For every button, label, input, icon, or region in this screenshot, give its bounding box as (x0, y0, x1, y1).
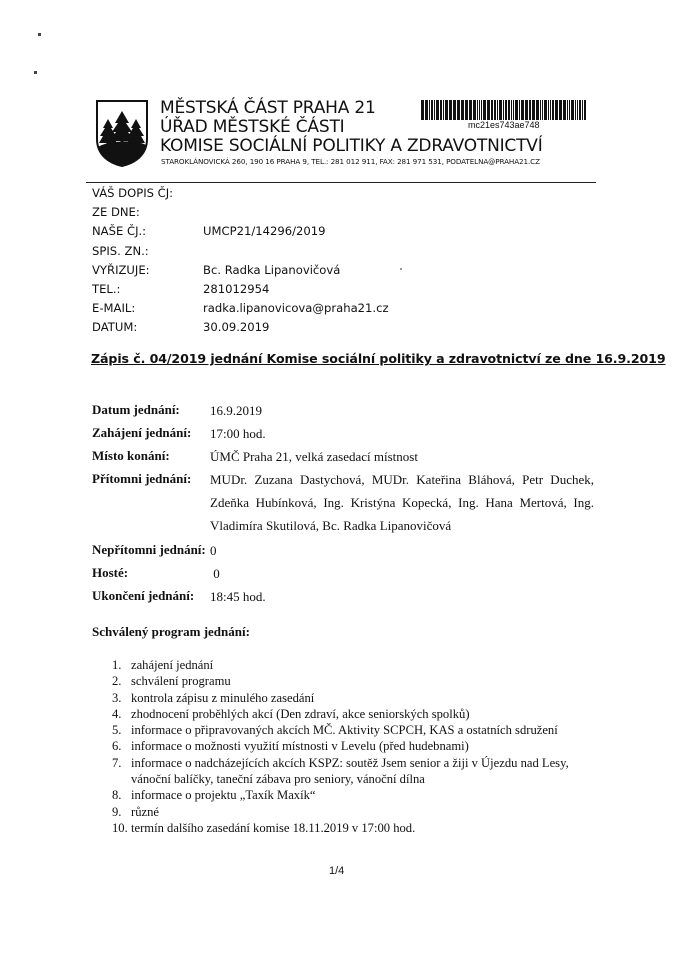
info-label: Zahájení jednání: (92, 422, 210, 445)
meta-value: 30.09.2019 (203, 320, 269, 339)
meta-label: SPIS. ZN.: (92, 244, 203, 263)
program-item-text: zhodnocení proběhlých akcí (Den zdraví, … (131, 706, 592, 722)
info-value: 0 (210, 539, 594, 562)
program-item: 10.termín dalšího zasedání komise 18.11.… (112, 820, 592, 836)
program-item-text: informace o připravovaných akcích MČ. Ak… (131, 722, 592, 738)
meta-label: VÁŠ DOPIS ČJ: (92, 186, 203, 205)
program-item: 4.zhodnocení proběhlých akcí (Den zdraví… (112, 706, 592, 722)
meta-row: NAŠE ČJ.:UMCP21/14296/2019 (92, 224, 389, 243)
program-item-text: informace o nadcházejících akcích KSPZ: … (131, 755, 592, 788)
info-label: Nepřítomni jednání: (92, 539, 210, 562)
program-item-number: 3. (112, 690, 131, 706)
info-value: 18:45 hod. (210, 585, 594, 608)
meeting-info: Datum jednání:16.9.2019Zahájení jednání:… (92, 399, 594, 608)
meta-row: DATUM:30.09.2019 (92, 320, 389, 339)
scan-mark (34, 71, 37, 74)
program-item: 5.informace o připravovaných akcích MČ. … (112, 722, 592, 738)
program-item: 3.kontrola zápisu z minulého zasedání (112, 690, 592, 706)
meta-row: ZE DNE: (92, 205, 389, 224)
scan-speck (400, 268, 402, 270)
meta-value: UMCP21/14296/2019 (203, 224, 326, 243)
meta-row: SPIS. ZN.: (92, 244, 389, 263)
barcode-text: mc21es743ae748 (468, 120, 540, 130)
program-item: 9.různé (112, 804, 592, 820)
header-divider (86, 182, 596, 183)
program-item-number: 9. (112, 804, 131, 820)
info-row: Nepřítomni jednání:0 (92, 539, 594, 562)
org-address: STAROKLÁNOVICKÁ 260, 190 16 PRAHA 9, TEL… (161, 157, 540, 166)
info-value: 0 (210, 562, 594, 585)
org-name: MĚSTSKÁ ČÁST PRAHA 21 (160, 98, 376, 118)
program-item-number: 7. (112, 755, 131, 788)
info-label: Datum jednání: (92, 399, 210, 422)
info-label: Přítomni jednání: (92, 468, 210, 539)
meta-row: E-MAIL:radka.lipanovicova@praha21.cz (92, 301, 389, 320)
info-row: Datum jednání:16.9.2019 (92, 399, 594, 422)
meta-row: VYŘIZUJE:Bc. Radka Lipanovičová (92, 263, 389, 282)
program-item-number: 1. (112, 657, 131, 673)
document-title: Zápis č. 04/2019 jednání Komise sociální… (91, 351, 665, 366)
program-item-text: termín dalšího zasedání komise 18.11.201… (131, 820, 592, 836)
barcode-icon (421, 100, 586, 120)
info-label: Místo konání: (92, 445, 210, 468)
meta-label: DATUM: (92, 320, 203, 339)
meta-row: TEL.:281012954 (92, 282, 389, 301)
meta-label: E-MAIL: (92, 301, 203, 320)
info-row: Ukončení jednání:18:45 hod. (92, 585, 594, 608)
meta-value: radka.lipanovicova@praha21.cz (203, 301, 389, 320)
program-item-text: schválení programu (131, 673, 592, 689)
info-row: Zahájení jednání:17:00 hod. (92, 422, 594, 445)
coat-of-arms-trees-icon (95, 99, 149, 167)
meta-value: Bc. Radka Lipanovičová (203, 263, 340, 282)
meta-label: NAŠE ČJ.: (92, 224, 203, 243)
org-committee: KOMISE SOCIÁLNÍ POLITIKY A ZDRAVOTNICTVÍ (160, 136, 543, 156)
program-item: 7.informace o nadcházejících akcích KSPZ… (112, 755, 592, 788)
program-item-number: 6. (112, 738, 131, 754)
info-row: Přítomni jednání:MUDr. Zuzana Dastychová… (92, 468, 594, 539)
info-row: Místo konání:ÚMČ Praha 21, velká zasedac… (92, 445, 594, 468)
meta-row: VÁŠ DOPIS ČJ: (92, 186, 389, 205)
program-item-number: 10. (112, 820, 131, 836)
org-office: ÚŘAD MĚSTSKÉ ČÁSTI (160, 117, 344, 137)
info-label: Hosté: (92, 562, 210, 585)
meta-label: TEL.: (92, 282, 203, 301)
program-item-number: 2. (112, 673, 131, 689)
program-item-number: 5. (112, 722, 131, 738)
program-item-number: 8. (112, 787, 131, 803)
meta-label: ZE DNE: (92, 205, 203, 224)
info-value: 17:00 hod. (210, 422, 594, 445)
letter-meta: VÁŠ DOPIS ČJ:ZE DNE:NAŠE ČJ.:UMCP21/1429… (92, 186, 389, 340)
program-item-text: kontrola zápisu z minulého zasedání (131, 690, 592, 706)
meta-value: 281012954 (203, 282, 269, 301)
info-row: Hosté: 0 (92, 562, 594, 585)
program-item: 8.informace o projektu „Taxík Maxík“ (112, 787, 592, 803)
program-item-text: zahájení jednání (131, 657, 592, 673)
info-value: ÚMČ Praha 21, velká zasedací místnost (210, 445, 594, 468)
program-item-text: různé (131, 804, 592, 820)
program-item-text: informace o projektu „Taxík Maxík“ (131, 787, 592, 803)
program-item: 2.schválení programu (112, 673, 592, 689)
program-heading: Schválený program jednání: (92, 624, 250, 640)
program-list: 1.zahájení jednání2.schválení programu3.… (112, 657, 592, 836)
page-number: 1/4 (329, 865, 344, 877)
program-item: 6.informace o možnosti využití místnosti… (112, 738, 592, 754)
info-value: MUDr. Zuzana Dastychová, MUDr. Kateřina … (210, 468, 594, 537)
info-label: Ukončení jednání: (92, 585, 210, 608)
program-item: 1.zahájení jednání (112, 657, 592, 673)
program-item-number: 4. (112, 706, 131, 722)
scan-mark (38, 33, 41, 36)
meta-label: VYŘIZUJE: (92, 263, 203, 282)
program-item-text: informace o možnosti využití místnosti v… (131, 738, 592, 754)
info-value: 16.9.2019 (210, 399, 594, 422)
